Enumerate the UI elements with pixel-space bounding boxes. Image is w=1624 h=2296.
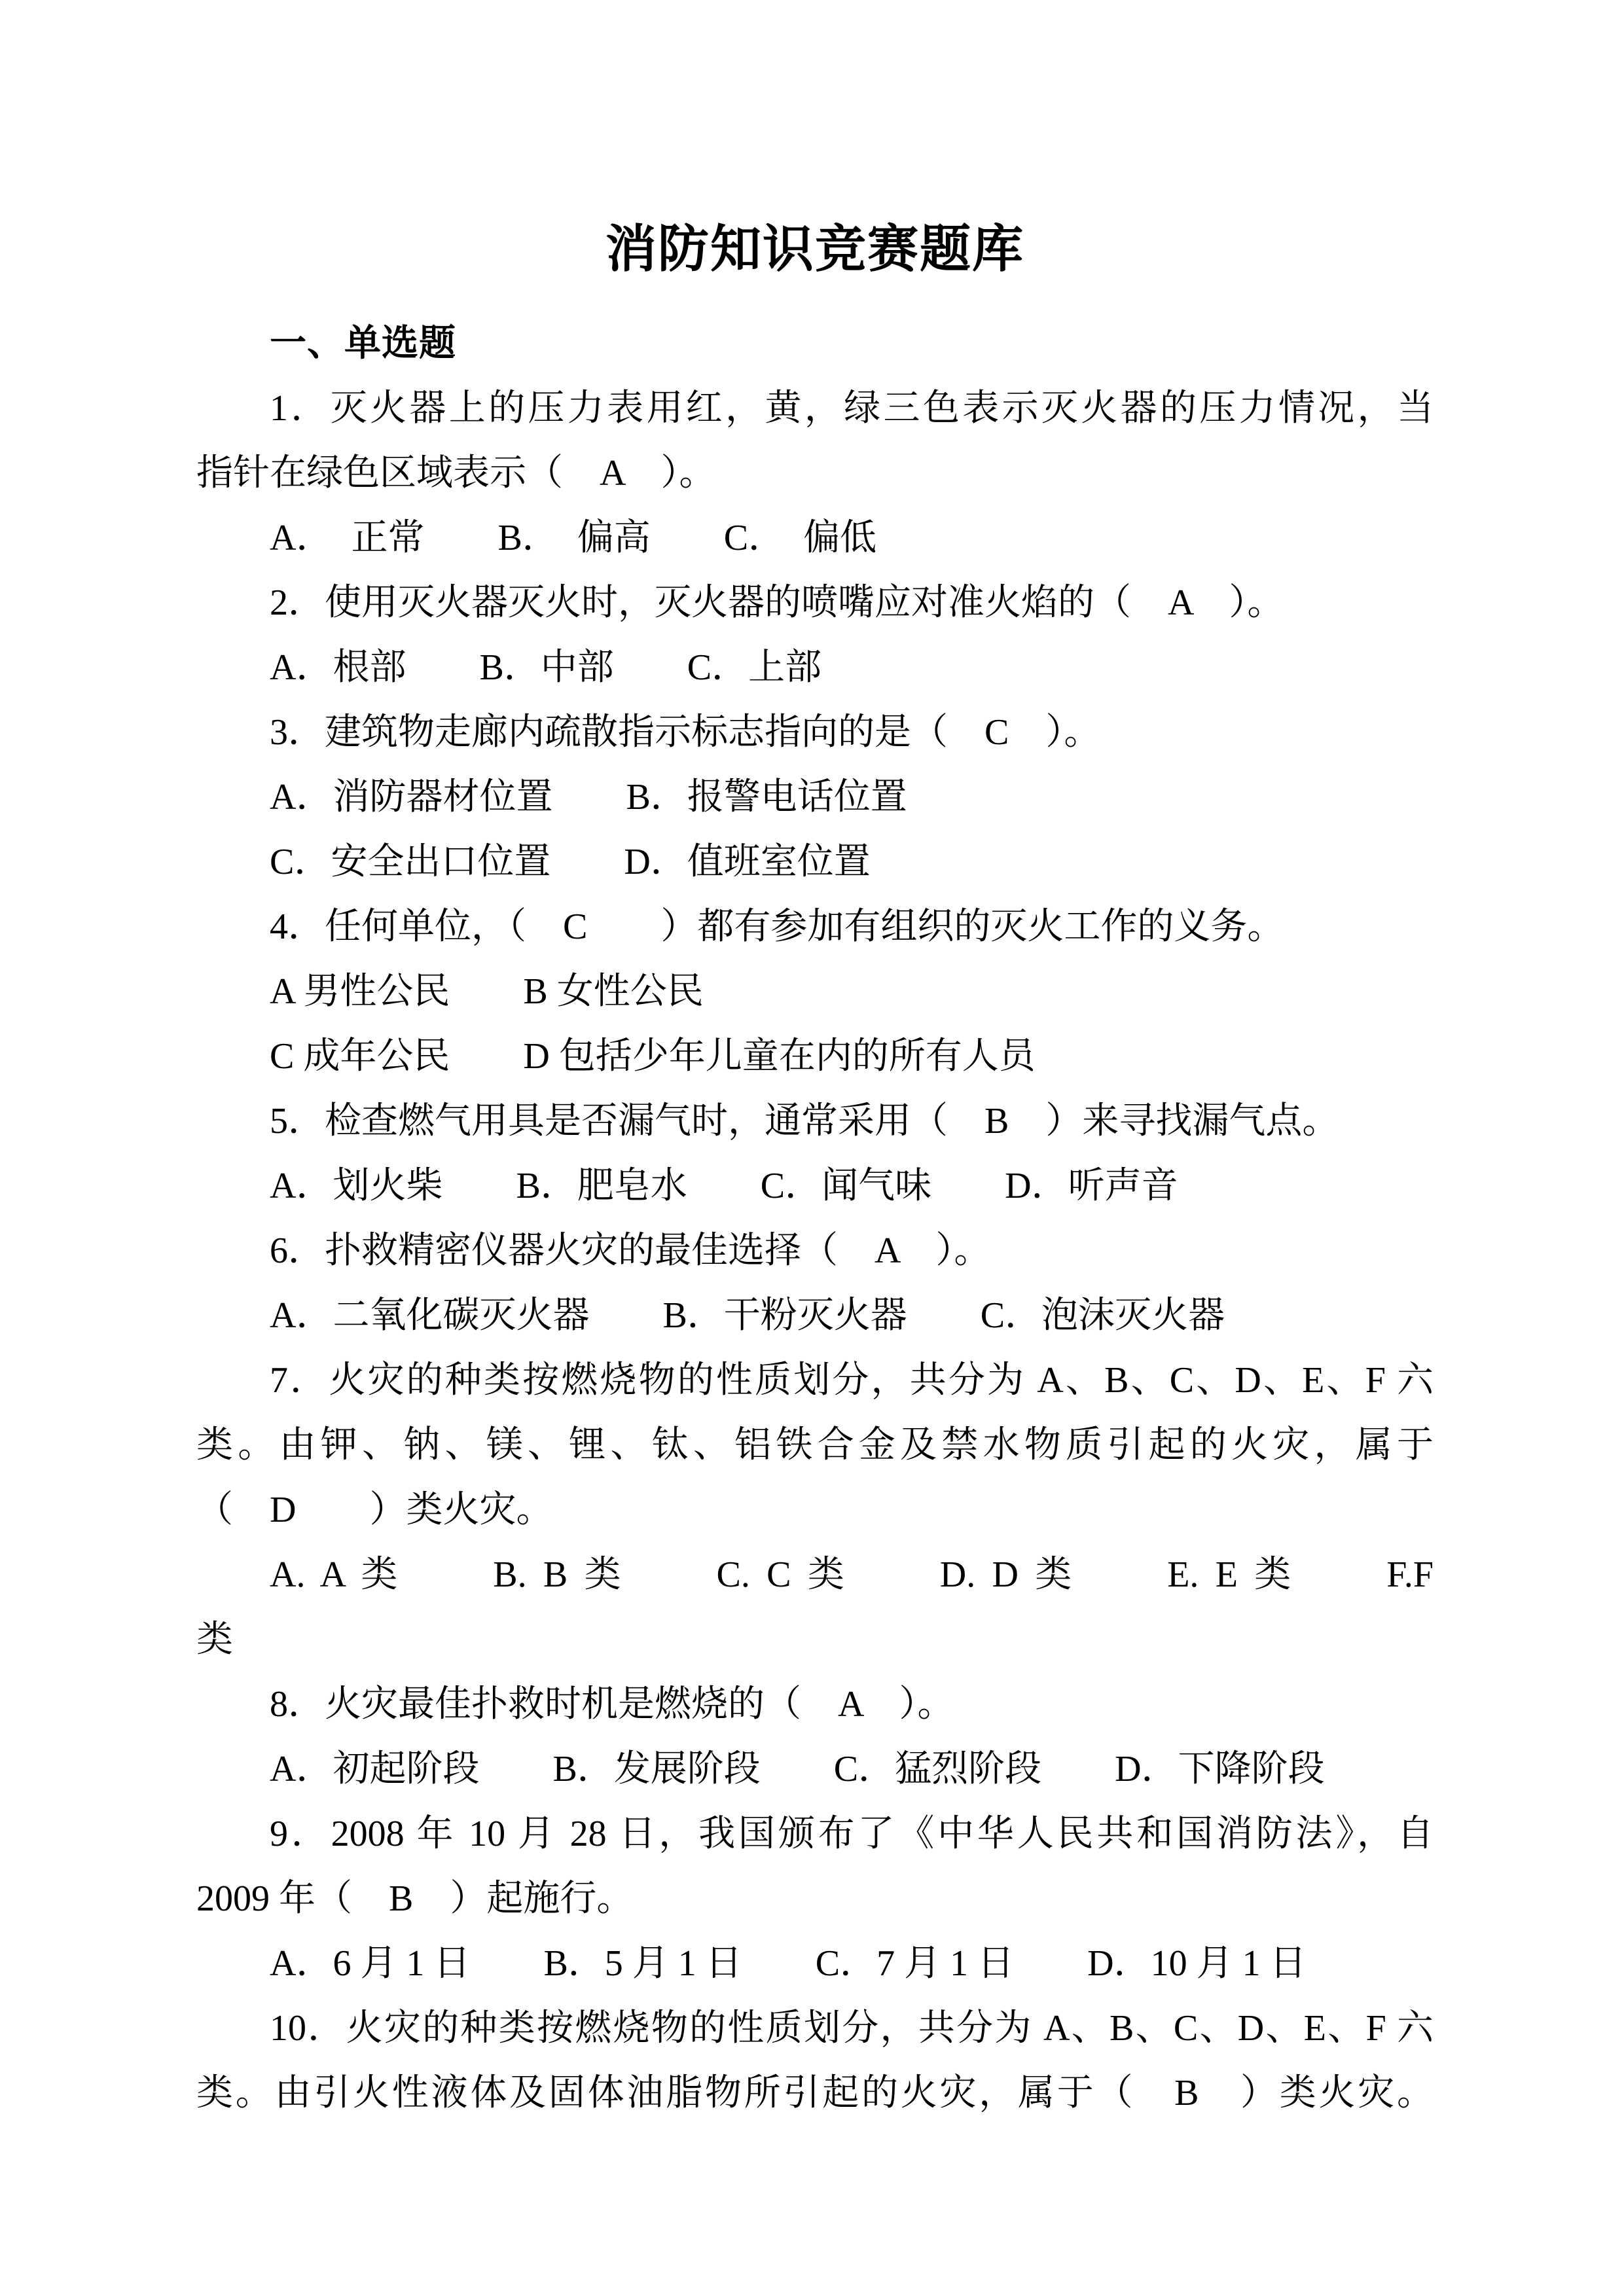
- document-line: A．二氧化碳灭火器 B．干粉灭火器 C．泡沫灭火器: [196, 1283, 1434, 1348]
- document-line: A 男性公民 B 女性公民: [196, 960, 1434, 1024]
- document-line: 类: [196, 1607, 1434, 1672]
- document-line: C 成年公民 D 包括少年儿童在内的所有人员: [196, 1024, 1434, 1089]
- document-content: 消防知识竞赛题库 一、单选题1．灭火器上的压力表用红，黄，绿三色表示灭火器的压力…: [196, 216, 1434, 2126]
- document-line: 5．检查燃气用具是否漏气时，通常采用（ B ）来寻找漏气点。: [196, 1089, 1434, 1154]
- document-body: 一、单选题1．灭火器上的压力表用红，黄，绿三色表示灭火器的压力情况，当指针在绿色…: [196, 312, 1434, 2126]
- page-title: 消防知识竞赛题库: [196, 216, 1434, 281]
- document-line: 4．任何单位，（ C ）都有参加有组织的灭火工作的义务。: [196, 895, 1434, 960]
- document-line: A．根部 B．中部 C．上部: [196, 636, 1434, 700]
- document-line: 3．建筑物走廊内疏散指示标志指向的是（ C ）。: [196, 700, 1434, 765]
- section-heading: 一、单选题: [196, 312, 1434, 376]
- document-line: A．划火柴 B．肥皂水 C．闻气味 D．听声音: [196, 1154, 1434, 1219]
- document-page: 消防知识竞赛题库 一、单选题1．灭火器上的压力表用红，黄，绿三色表示灭火器的压力…: [0, 0, 1624, 2296]
- document-line: 7．火灾的种类按燃烧物的性质划分，共分为 A、B、C、D、E、F 六: [196, 1348, 1434, 1413]
- document-line: 9．2008 年 10 月 28 日，我国颁布了《中华人民共和国消防法》，自: [196, 1802, 1434, 1867]
- document-line: C．安全出口位置 D．值班室位置: [196, 830, 1434, 895]
- document-line: 类。由钾、钠、镁、锂、钛、铝铁合金及禁水物质引起的火灾，属于: [196, 1413, 1434, 1478]
- document-line: 8．火灾最佳扑救时机是燃烧的（ A ）。: [196, 1672, 1434, 1737]
- document-line: A．初起阶段 B．发展阶段 C．猛烈阶段 D．下降阶段: [196, 1737, 1434, 1802]
- document-line: 指针在绿色区域表示（ A ）。: [196, 441, 1434, 506]
- document-line: 10．火灾的种类按燃烧物的性质划分，共分为 A、B、C、D、E、F 六: [196, 1996, 1434, 2061]
- document-line: 2009 年（ B ）起施行。: [196, 1867, 1434, 1931]
- document-line: A．6 月 1 日 B．5 月 1 日 C．7 月 1 日 D．10 月 1 日: [196, 1931, 1434, 1996]
- document-line: A． 正常 B． 偏高 C． 偏低: [196, 506, 1434, 571]
- document-line: （ D ）类火灾。: [196, 1478, 1434, 1543]
- document-line: A．消防器材位置 B．报警电话位置: [196, 765, 1434, 830]
- document-line: 类。由引火性液体及固体油脂物所引起的火灾，属于（ B ）类火灾。: [196, 2061, 1434, 2126]
- document-line: 2．使用灭火器灭火时，灭火器的喷嘴应对准火焰的（ A ）。: [196, 571, 1434, 636]
- document-line: 1．灭火器上的压力表用红，黄，绿三色表示灭火器的压力情况，当: [196, 376, 1434, 441]
- document-line: 6．扑救精密仪器火灾的最佳选择（ A ）。: [196, 1219, 1434, 1283]
- document-line: A. A 类 B. B 类 C. C 类 D. D 类 E. E 类 F.F: [196, 1543, 1434, 1607]
